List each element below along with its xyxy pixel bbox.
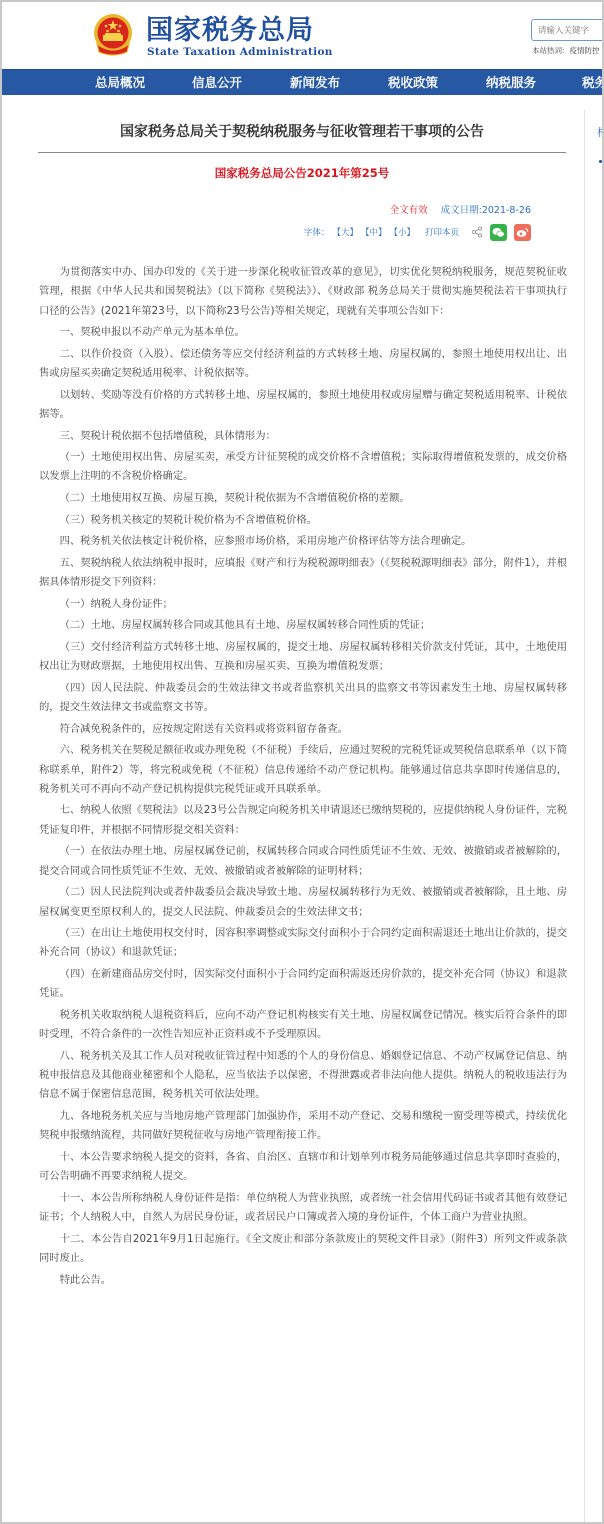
- paragraph: 七、纳税人依照《契税法》以及23号公告规定向税务机关申请退还已缴纳契税的，应提供…: [39, 801, 567, 840]
- share-icon[interactable]: [471, 226, 483, 238]
- paragraph: 八、税务机关及其工作人员对税收征管过程中知悉的个人的身份信息、婚姻登记信息、不动…: [39, 1047, 567, 1105]
- paragraph: （三）在出让土地使用权交付时，因容积率调整或实际交付面积小于合同约定面积需退还土…: [39, 924, 567, 963]
- sidebar-bullet: [599, 160, 602, 163]
- document-meta: 全文有效 成文日期:2021-8-26: [390, 202, 531, 216]
- paragraph: 五、契税纳税人依法纳税申报时，应填报《财产和行为税税源明细表》（《契税税源明细表…: [39, 554, 567, 593]
- paragraph: 四、税务机关依法核定计税价格，应参照市场价格，采用房地产价格评估等方法合理确定。: [39, 532, 567, 551]
- paragraph: 二、以作价投资（入股）、偿还债务等应交付经济利益的方式转移土地、房屋权属的，参照…: [39, 345, 567, 384]
- search-input[interactable]: [531, 19, 602, 41]
- weibo-share-icon[interactable]: [514, 224, 531, 241]
- article-tools: 字体： 【大】 【中】 【小】 打印本页: [304, 223, 531, 241]
- paragraph: 十一、本公告所称纳税人身份证件是指：单位纳税人为营业执照，或者统一社会信用代码证…: [39, 1189, 567, 1228]
- paragraph: 以划转、奖励等没有价格的方式转移土地、房屋权属的，参照土地使用权或房屋赠与确定契…: [39, 386, 567, 425]
- font-size-label: 字体：: [304, 226, 330, 238]
- print-button[interactable]: 打印本页: [425, 226, 459, 238]
- national-emblem-icon: [91, 12, 135, 60]
- paragraph: 十、本公告要求纳税人提交的资料，各省、自治区、直辖市和计划单列市税务局能够通过信…: [39, 1148, 567, 1187]
- main-nav: 总局概况 信息公开 新闻发布 税收政策 纳税服务 税务: [2, 69, 602, 95]
- font-large-button[interactable]: 【大】: [332, 226, 358, 238]
- paragraph: 九、各地税务机关应与当地房地产管理部门加强协作，采用不动产登记、交易和缴税一窗受…: [39, 1107, 567, 1146]
- site-subtitle: State Taxation Administration: [147, 46, 333, 58]
- browser-page: 国家税务总局 State Taxation Administration 本站热…: [2, 2, 602, 1522]
- paragraph: 税务机关收取纳税人退税资料后，应向不动产登记机构核实有关土地、房屋权属登记情况。…: [39, 1006, 567, 1045]
- paragraph: 特此公告。: [39, 1271, 567, 1290]
- nav-item-overview[interactable]: 总局概况: [95, 70, 145, 96]
- paragraph: （一）纳税人身份证件；: [39, 595, 567, 614]
- paragraph: 为贯彻落实中办、国办印发的《关于进一步深化税收征管改革的意见》，切实优化契税纳税…: [39, 263, 567, 321]
- font-small-button[interactable]: 【小】: [389, 226, 415, 238]
- nav-item-tax-policy[interactable]: 税收政策: [388, 70, 438, 96]
- paragraph: （四）因人民法院、仲裁委员会的生效法律文书或者监察机关出具的监察文书等因素发生土…: [39, 679, 567, 718]
- article-body: 为贯彻落实中办、国办印发的《关于进一步深化税收征管改革的意见》，切实优化契税纳税…: [39, 263, 567, 1292]
- paragraph: （二）土地使用权互换、房屋互换，契税计税依据为不含增值税价格的差额。: [39, 489, 567, 508]
- nav-item-info-disclosure[interactable]: 信息公开: [192, 70, 242, 96]
- nav-item-more[interactable]: 税务: [582, 70, 602, 96]
- paragraph: （四）在新建商品房交付时，因实际交付面积小于合同约定面积需返还房价款的，提交补充…: [39, 965, 567, 1004]
- document-number: 国家税务总局公告2021年第25号: [2, 165, 602, 181]
- hot-keywords[interactable]: 本站热词：疫情防控: [532, 45, 600, 56]
- sidebar-divider: [584, 110, 585, 1522]
- paragraph: （一）在依法办理土地、房屋权属登记前，权属转移合同或合同性质凭证不生效、无效、被…: [39, 842, 567, 881]
- page-title: 国家税务总局关于契税纳税服务与征收管理若干事项的公告: [2, 121, 602, 141]
- paragraph: 六、税务机关在契税足额征收或办理免税（不征税）手续后，应通过契税的完税凭证或契税…: [39, 741, 567, 799]
- nav-item-tax-service[interactable]: 纳税服务: [486, 70, 536, 96]
- paragraph: 符合减免税条件的，应按规定附送有关资料或将资料留存备查。: [39, 720, 567, 739]
- paragraph: （三）交付经济利益方式转移土地、房屋权属的，提交土地、房屋权属转移相关价款支付凭…: [39, 638, 567, 677]
- font-medium-button[interactable]: 【中】: [361, 226, 387, 238]
- wechat-share-icon[interactable]: [490, 224, 507, 241]
- site-title[interactable]: 国家税务总局: [146, 16, 314, 46]
- paragraph: （二）土地、房屋权属转移合同或其他具有土地、房屋权属转移合同性质的凭证；: [39, 616, 567, 635]
- paragraph: 三、契税计税依据不包括增值税，具体情形为：: [39, 427, 567, 446]
- paragraph: （一）土地使用权出售、房屋买卖，承受方计征契税的成交价格不含增值税；实际取得增值…: [39, 448, 567, 487]
- nav-item-news[interactable]: 新闻发布: [290, 70, 340, 96]
- issue-date: 成文日期:2021-8-26: [441, 205, 531, 216]
- paragraph: （三）税务机关核定的契税计税价格为不含增值税价格。: [39, 511, 567, 530]
- paragraph: 一、契税申报以不动产单元为基本单位。: [39, 323, 567, 342]
- validity-status: 全文有效: [390, 205, 428, 216]
- site-header: 国家税务总局 State Taxation Administration 本站热…: [2, 2, 602, 68]
- paragraph: （二）因人民法院判决或者仲裁委员会裁决导致土地、房屋权属转移行为无效、被撤销或者…: [39, 883, 567, 922]
- title-divider: [38, 152, 566, 153]
- paragraph: 十二、本公告自2021年9月1日起施行。《全文废止和部分条款废止的契税文件目录》…: [39, 1230, 567, 1269]
